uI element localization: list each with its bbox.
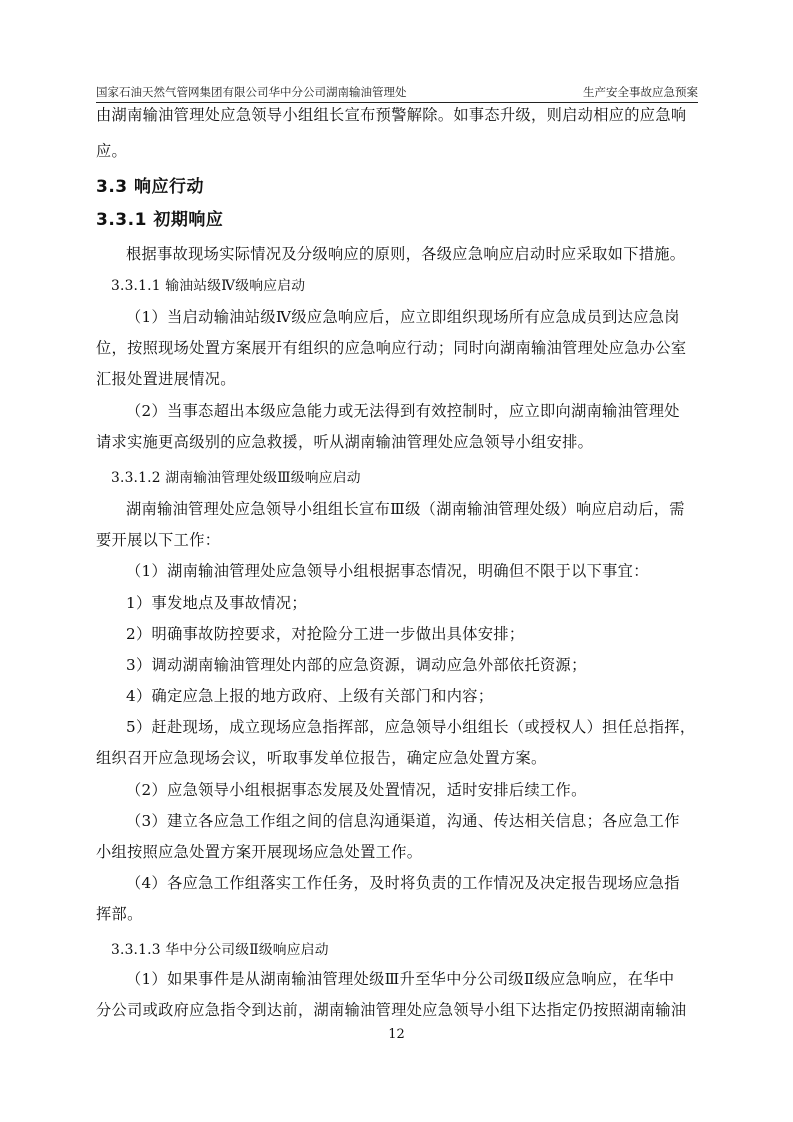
body-paragraph-line: 挥部。: [96, 904, 143, 924]
section-heading-3-3-1: 3.3.1 初期响应: [96, 210, 223, 230]
body-paragraph-line: 应。: [96, 141, 127, 161]
body-paragraph-line: 由湖南输油管理处应急领导小组组长宣布预警解除。如事态升级，则启动相应的应急响: [96, 105, 686, 125]
list-item: 4）确定应急上报的地方政府、上级有关部门和内容；: [126, 686, 493, 706]
body-paragraph-line: 小组按照应急处置方案开展现场应急处置工作。: [96, 842, 422, 862]
body-paragraph-line: 位，按照现场处置方案展开有组织的应急响应行动；同时向湖南输油管理处应急办公室: [96, 338, 686, 358]
document-page: 国家石油天然气管网集团有限公司华中分公司湖南输油管理处 生产安全事故应急预案 由…: [0, 0, 793, 1122]
body-paragraph-line: （1）当启动输油站级Ⅳ级应急响应后，应立即组织现场所有应急成员到达应急岗: [126, 307, 680, 327]
body-paragraph-line: （2）应急领导小组根据事态发展及处置情况，适时安排后续工作。: [126, 780, 587, 800]
list-item: 组织召开应急现场会议，听取事发单位报告，确定应急处置方案。: [96, 748, 547, 768]
body-paragraph-line: 要开展以下工作：: [96, 530, 220, 550]
body-paragraph-line: （4）各应急工作组落实工作任务，及时将负责的工作情况及决定报告现场应急指: [126, 873, 680, 893]
section-heading-3-3: 3.3 响应行动: [96, 177, 204, 197]
list-item: 5）赶赴现场，成立现场应急指挥部，应急领导小组组长（或授权人）担任总指挥，: [126, 717, 695, 737]
body-paragraph-line: （1）湖南输油管理处应急领导小组根据事态情况，明确但不限于以下事宜：: [126, 561, 649, 581]
header-document-title: 生产安全事故应急预案: [583, 84, 698, 100]
body-paragraph-line: 根据事故现场实际情况及分级响应的原则，各级应急响应启动时应采取如下措施。: [126, 244, 685, 264]
body-paragraph-line: （1）如果事件是从湖南输油管理处级Ⅲ升至华中分公司级Ⅱ级应急响应，在华中: [126, 969, 674, 989]
body-paragraph-line: （2）当事态超出本级应急能力或无法得到有效控制时，应立即向湖南输油管理处: [126, 401, 680, 421]
page-number: 12: [0, 1027, 793, 1042]
header-divider: [96, 102, 698, 103]
list-item: 3）调动湖南输油管理处内部的应急资源，调动应急外部依托资源；: [126, 655, 587, 675]
section-heading-3-3-1-1: 3.3.1.1 输油站级Ⅳ级响应启动: [111, 276, 305, 296]
section-heading-3-3-1-2: 3.3.1.2 湖南输油管理处级Ⅲ级响应启动: [111, 468, 361, 488]
header-organization: 国家石油天然气管网集团有限公司华中分公司湖南输油管理处: [96, 84, 407, 100]
list-item: 1）事发地点及事故情况；: [126, 593, 307, 613]
body-paragraph-line: 分公司或政府应急指令到达前，湖南输油管理处应急领导小组下达指定仍按照湖南输油: [96, 1000, 686, 1020]
body-paragraph-line: 湖南输油管理处应急领导小组组长宣布Ⅲ级（湖南输油管理处级）响应启动后，需: [126, 499, 685, 519]
page-header: 国家石油天然气管网集团有限公司华中分公司湖南输油管理处 生产安全事故应急预案: [96, 84, 698, 102]
body-paragraph-line: 请求实施更高级别的应急救援，听从湖南输油管理处应急领导小组安排。: [96, 432, 593, 452]
body-paragraph-line: 汇报处置进展情况。: [96, 369, 236, 389]
body-paragraph-line: （3）建立各应急工作组之间的信息沟通渠道，沟通、传达相关信息；各应急工作: [126, 811, 680, 831]
list-item: 2）明确事故防控要求，对抢险分工进一步做出具体安排；: [126, 624, 524, 644]
section-heading-3-3-1-3: 3.3.1.3 华中分公司级Ⅱ级响应启动: [111, 940, 329, 960]
